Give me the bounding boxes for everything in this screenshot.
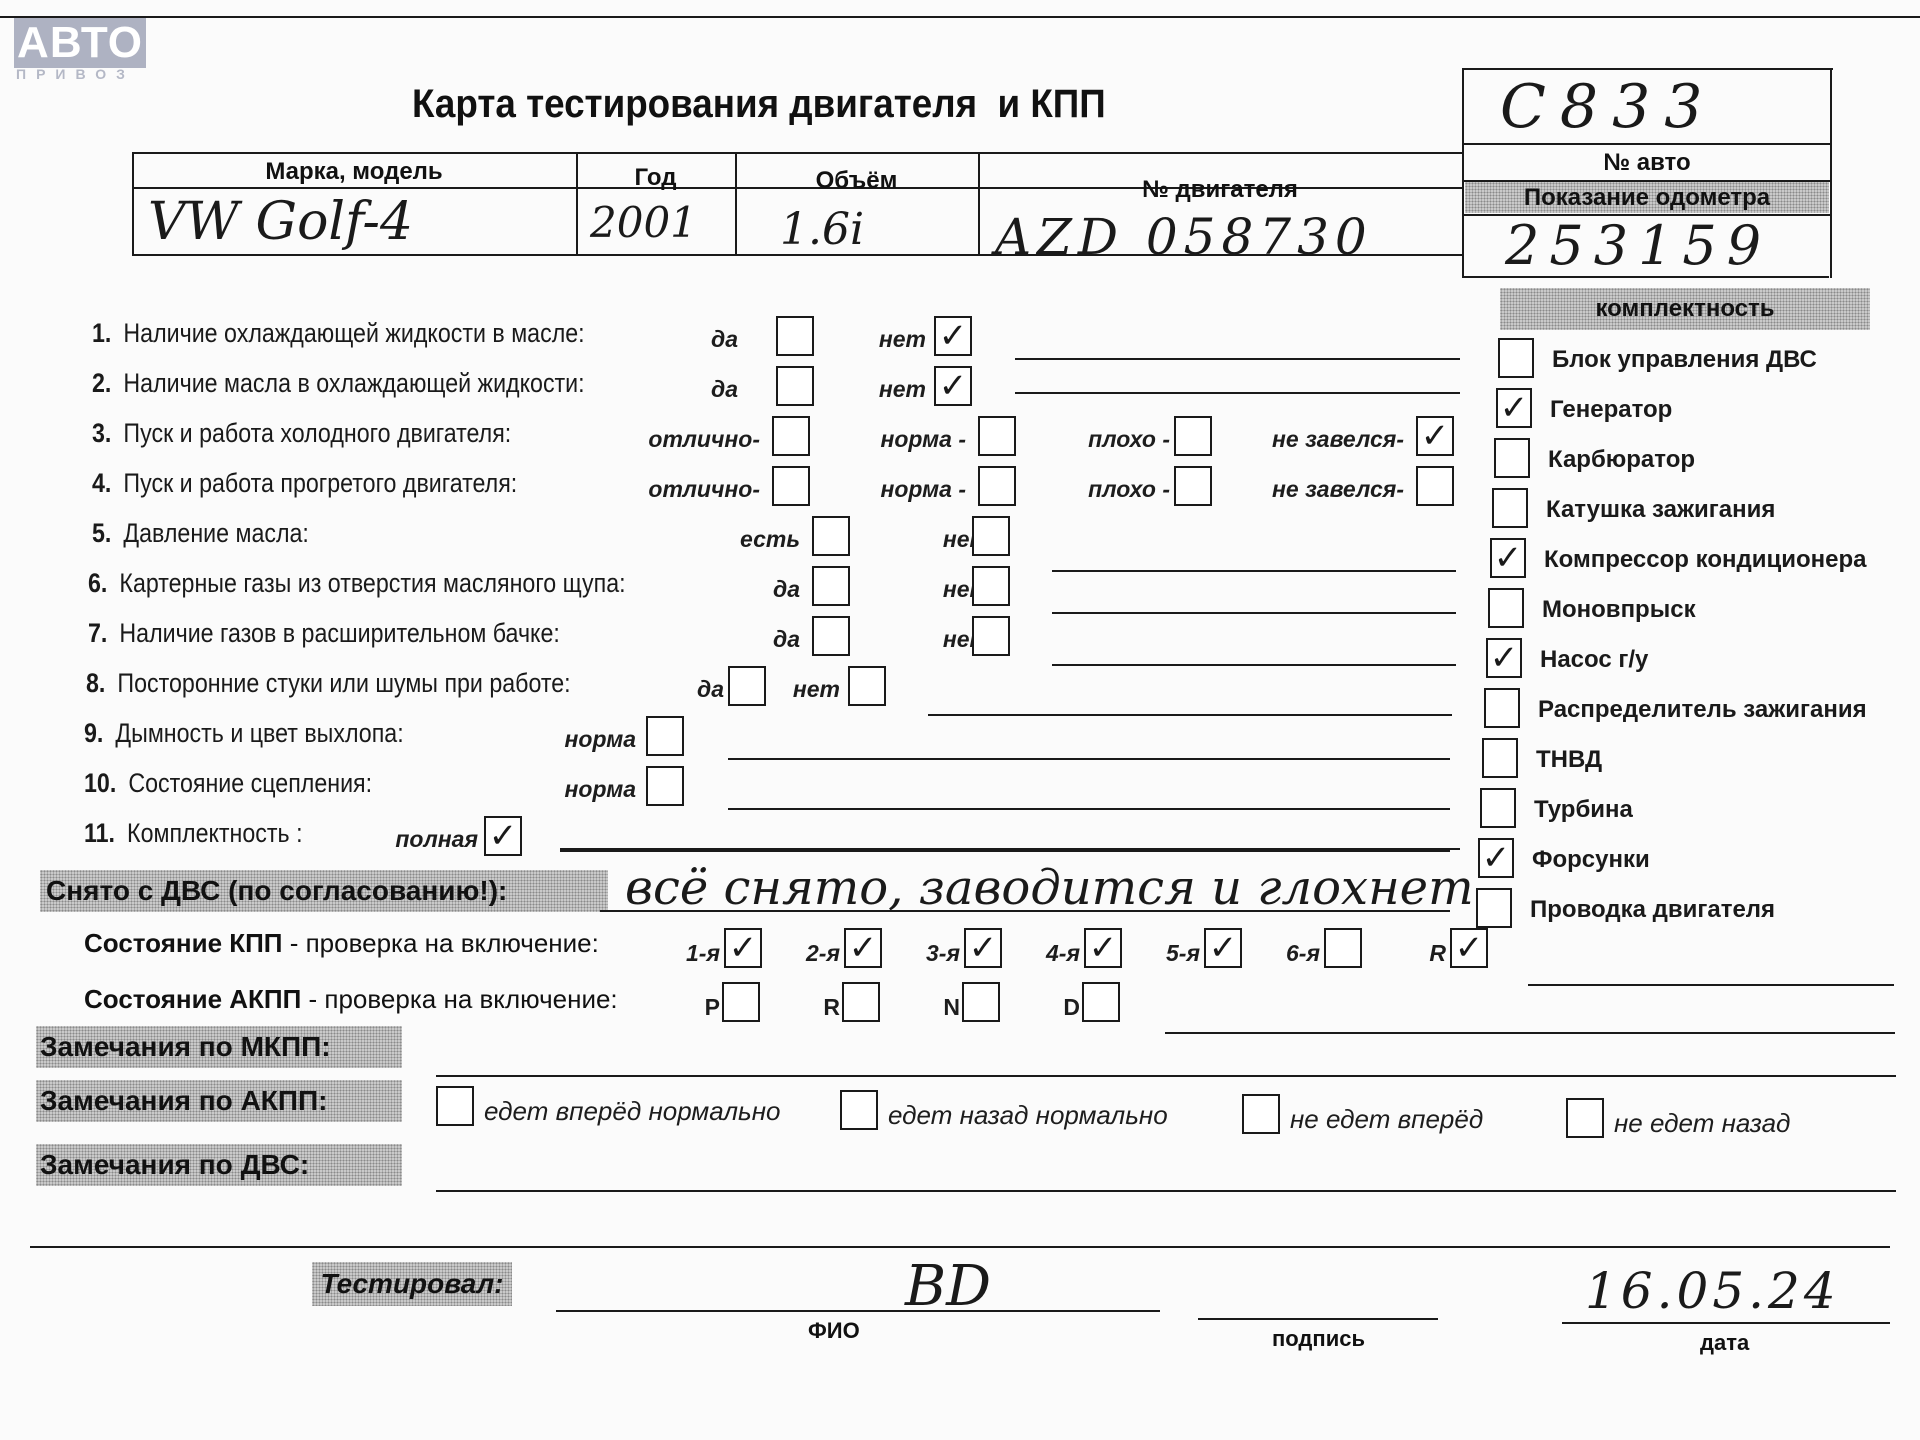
remarks-mkpp-label: Замечания по МКПП: xyxy=(36,1026,402,1068)
question-7-option-2-checkbox[interactable] xyxy=(972,616,1010,656)
akpp-label-rest: - проверка на включение: xyxy=(301,984,617,1014)
question-text: Картерные газы из отверстия масляного щу… xyxy=(119,568,625,598)
question-number: 7. xyxy=(88,618,107,648)
option-label: плохо - xyxy=(1088,426,1170,453)
gear-label: 5-я xyxy=(1166,940,1200,967)
question-number: 3. xyxy=(92,418,111,448)
kpp-label-bold: Состояние КПП xyxy=(84,928,283,958)
logo-text: АВТО xyxy=(17,18,143,68)
option-label: норма - xyxy=(880,476,966,503)
question-8-option-1-checkbox[interactable] xyxy=(728,666,766,706)
komplektnost-item-label: Турбина xyxy=(1534,796,1633,824)
akpp-remark-label: едет вперёд нормально xyxy=(484,1096,780,1127)
check-mark-icon: ✓ xyxy=(849,931,878,965)
question-1-option-1-checkbox[interactable] xyxy=(776,316,814,356)
komplektnost-item-12-checkbox[interactable] xyxy=(1476,888,1512,928)
question-text: Пуск и работа холодного двигателя: xyxy=(123,418,511,448)
check-mark-icon: ✓ xyxy=(1089,931,1118,965)
name-line xyxy=(556,1310,1160,1312)
header-volume: Объём xyxy=(735,167,978,195)
removed-label: Снято с ДВС (по согласованию!): xyxy=(40,870,608,912)
answer-line xyxy=(928,714,1452,716)
date-caption: дата xyxy=(1700,1330,1749,1356)
question-6-option-2-checkbox[interactable] xyxy=(972,566,1010,606)
akpp-label-bold: Состояние АКПП xyxy=(84,984,301,1014)
answer-line xyxy=(560,850,1450,852)
komplektnost-item-10-checkbox[interactable] xyxy=(1480,788,1516,828)
question-2-option-1-checkbox[interactable] xyxy=(776,366,814,406)
komplektnost-header: комплектность xyxy=(1500,288,1870,330)
question-text: Пуск и работа прогретого двигателя: xyxy=(123,468,517,498)
check-mark-icon: ✓ xyxy=(939,369,968,403)
name-caption: ФИО xyxy=(808,1318,860,1344)
gear-6-checkbox[interactable] xyxy=(1324,928,1362,968)
gear-label: 1-я xyxy=(686,940,720,967)
question-4-option-4-checkbox[interactable] xyxy=(1416,466,1454,506)
check-mark-icon: ✓ xyxy=(939,319,968,353)
page-title: Карта тестирования двигателя и КПП xyxy=(412,82,1106,127)
komplektnost-item-11-checkbox[interactable]: ✓ xyxy=(1478,838,1514,878)
akpp-mode-3-checkbox[interactable] xyxy=(962,982,1000,1022)
akpp-mode-label: D xyxy=(1063,994,1080,1021)
answer-line xyxy=(728,808,1450,810)
remarks-dvs-label: Замечания по ДВС: xyxy=(36,1144,402,1186)
question-1-option-2-checkbox[interactable]: ✓ xyxy=(934,316,972,356)
komplektnost-item-5-checkbox[interactable]: ✓ xyxy=(1490,538,1526,578)
gear-label: R xyxy=(1429,940,1446,967)
option-label: плохо - xyxy=(1088,476,1170,503)
question-3: 3.Пуск и работа холодного двигателя: xyxy=(92,418,511,449)
option-label: отлично- xyxy=(648,476,760,503)
header-engine-number: № двигателя xyxy=(978,176,1462,204)
remarks-dvs-line xyxy=(436,1190,1896,1192)
gear-label: 4-я xyxy=(1046,940,1080,967)
question-3-option-3-checkbox[interactable] xyxy=(1174,416,1212,456)
gear-label: 3-я xyxy=(926,940,960,967)
date-line xyxy=(1562,1322,1890,1324)
option-label: да xyxy=(773,576,800,603)
akpp-remark-label: едет назад нормально xyxy=(888,1100,1168,1131)
option-label: нет xyxy=(793,676,840,703)
akpp-mode-label: N xyxy=(943,994,960,1021)
question-10-option-1-checkbox[interactable] xyxy=(646,766,684,806)
brand-model-value[interactable]: VW Golf-4 xyxy=(148,192,413,252)
akpp-label: Состояние АКПП - проверка на включение: xyxy=(84,984,618,1015)
question-text: Состояние сцепления: xyxy=(128,768,372,798)
question-4-option-2-checkbox[interactable] xyxy=(978,466,1016,506)
answer-line xyxy=(1052,664,1456,666)
question-text: Дымность и цвет выхлопа: xyxy=(115,718,403,748)
gear-7-checkbox[interactable]: ✓ xyxy=(1450,928,1488,968)
komplektnost-item-8-checkbox[interactable] xyxy=(1484,688,1520,728)
gear-3-checkbox[interactable]: ✓ xyxy=(964,928,1002,968)
kpp-label: Состояние КПП - проверка на включение: xyxy=(84,928,599,959)
top-rule xyxy=(0,16,1920,18)
komplektnost-item-label: Катушка зажигания xyxy=(1546,496,1775,524)
footer-rule xyxy=(30,1246,1890,1248)
gear-label: 6-я xyxy=(1286,940,1320,967)
question-3-option-2-checkbox[interactable] xyxy=(978,416,1016,456)
option-label: нет xyxy=(879,326,926,353)
kpp-label-rest: - проверка на включение: xyxy=(283,928,599,958)
check-mark-icon: ✓ xyxy=(489,819,518,853)
komplektnost-item-2-checkbox[interactable]: ✓ xyxy=(1496,388,1532,428)
kpp-line xyxy=(1528,984,1894,986)
odometer-label: Показание одометра xyxy=(1465,182,1829,213)
akpp-mode-4-checkbox[interactable] xyxy=(1082,982,1120,1022)
check-mark-icon: ✓ xyxy=(1421,419,1450,453)
question-2: 2.Наличие масла в охлаждающей жидкости: xyxy=(92,368,585,399)
question-number: 9. xyxy=(84,718,103,748)
car-number-label: № авто xyxy=(1463,149,1831,177)
option-label: норма xyxy=(565,776,637,803)
car-number-value[interactable]: C833 xyxy=(1500,72,1716,142)
date-value[interactable]: 16.05.24 xyxy=(1585,1262,1840,1320)
komplektnost-item-label: Блок управления ДВС xyxy=(1552,346,1817,374)
question-11-option-1-checkbox[interactable]: ✓ xyxy=(484,816,522,856)
komplektnost-item-6-checkbox[interactable] xyxy=(1488,588,1524,628)
question-5-option-2-checkbox[interactable] xyxy=(972,516,1010,556)
question-9: 9.Дымность и цвет выхлопа: xyxy=(84,718,404,749)
question-number: 10. xyxy=(84,768,116,798)
answer-line xyxy=(1052,612,1456,614)
question-text: Посторонние стуки или шумы при работе: xyxy=(117,668,570,698)
question-4-option-1-checkbox[interactable] xyxy=(772,466,810,506)
question-number: 2. xyxy=(92,368,111,398)
check-mark-icon: ✓ xyxy=(1494,541,1523,575)
answer-line xyxy=(1015,392,1460,394)
question-number: 6. xyxy=(88,568,107,598)
komplektnost-item-label: Форсунки xyxy=(1532,846,1650,874)
option-label: да xyxy=(711,376,738,403)
akpp-mode-label: R xyxy=(823,994,840,1021)
question-number: 4. xyxy=(92,468,111,498)
akpp-mode-label: P xyxy=(705,994,720,1021)
check-mark-icon: ✓ xyxy=(1500,391,1529,425)
question-3-option-1-checkbox[interactable] xyxy=(772,416,810,456)
removed-line-top xyxy=(560,848,1460,850)
tested-label: Тестировал: xyxy=(312,1262,512,1306)
question-number: 8. xyxy=(86,668,105,698)
komplektnost-item-9-checkbox[interactable] xyxy=(1482,738,1518,778)
logo-subtext: ПРИВОЗ xyxy=(16,66,135,82)
question-4: 4.Пуск и работа прогретого двигателя: xyxy=(92,468,517,499)
akpp-line xyxy=(1165,1032,1895,1034)
signature-caption: подпись xyxy=(1272,1326,1365,1352)
akpp-remark-4-checkbox[interactable] xyxy=(1566,1098,1604,1138)
question-number: 5. xyxy=(92,518,111,548)
check-mark-icon: ✓ xyxy=(1209,931,1238,965)
year-value[interactable]: 2001 xyxy=(590,198,697,247)
check-mark-icon: ✓ xyxy=(729,931,758,965)
question-11: 11.Комплектность : xyxy=(84,818,303,849)
header-year: Год xyxy=(576,164,735,192)
question-text: Наличие масла в охлаждающей жидкости: xyxy=(123,368,584,398)
komplektnost-item-4-checkbox[interactable] xyxy=(1492,488,1528,528)
question-6-option-1-checkbox[interactable] xyxy=(812,566,850,606)
akpp-mode-1-checkbox[interactable] xyxy=(722,982,760,1022)
gear-1-checkbox[interactable]: ✓ xyxy=(724,928,762,968)
komplektnost-item-label: Генератор xyxy=(1550,396,1672,424)
question-number: 11. xyxy=(84,818,115,848)
question-7: 7.Наличие газов в расширительном бачке: xyxy=(88,618,560,649)
removed-value[interactable]: всё снято, заводится и глохнет xyxy=(625,860,1474,916)
gear-4-checkbox[interactable]: ✓ xyxy=(1084,928,1122,968)
komplektnost-item-label: Проводка двигателя xyxy=(1530,896,1775,924)
signature-line xyxy=(1198,1318,1438,1320)
question-8: 8.Посторонние стуки или шумы при работе: xyxy=(86,668,571,699)
akpp-mode-2-checkbox[interactable] xyxy=(842,982,880,1022)
option-label: да xyxy=(697,676,724,703)
question-number: 1. xyxy=(92,318,111,348)
answer-line xyxy=(728,758,1450,760)
komplektnost-item-7-checkbox[interactable]: ✓ xyxy=(1486,638,1522,678)
question-text: Наличие газов в расширительном бачке: xyxy=(119,618,559,648)
header-brand-model: Марка, модель xyxy=(132,158,576,186)
check-mark-icon: ✓ xyxy=(969,931,998,965)
check-mark-icon: ✓ xyxy=(1455,931,1484,965)
engine-number-value[interactable]: AZD 058730 xyxy=(995,208,1373,266)
komplektnost-item-label: Насос г/у xyxy=(1540,646,1648,674)
answer-line xyxy=(1015,358,1460,360)
odometer-value[interactable]: 253159 xyxy=(1505,214,1771,277)
question-text: Комплектность : xyxy=(127,818,302,848)
komplektnost-item-label: ТНВД xyxy=(1536,746,1602,774)
option-label: не завелся- xyxy=(1272,426,1404,453)
akpp-remark-1-checkbox[interactable] xyxy=(436,1086,474,1126)
akpp-remark-3-checkbox[interactable] xyxy=(1242,1094,1280,1134)
akpp-remark-label: не едет назад xyxy=(1614,1108,1790,1139)
question-8-option-2-checkbox[interactable] xyxy=(848,666,886,706)
komplektnost-item-3-checkbox[interactable] xyxy=(1494,438,1530,478)
komplektnost-item-1-checkbox[interactable] xyxy=(1498,338,1534,378)
option-label: да xyxy=(773,626,800,653)
akpp-remark-label: не едет вперёд xyxy=(1290,1104,1483,1135)
check-mark-icon: ✓ xyxy=(1490,641,1519,675)
option-label: не завелся- xyxy=(1272,476,1404,503)
komplektnost-item-label: Компрессор кондиционера xyxy=(1544,546,1866,574)
question-text: Наличие охлаждающей жидкости в масле: xyxy=(123,318,584,348)
akpp-remark-2-checkbox[interactable] xyxy=(840,1090,878,1130)
remarks-mkpp-line xyxy=(436,1075,1896,1077)
question-text: Давление масла: xyxy=(123,518,308,548)
question-5-option-1-checkbox[interactable] xyxy=(812,516,850,556)
question-1: 1.Наличие охлаждающей жидкости в масле: xyxy=(92,318,585,349)
answer-line xyxy=(1052,570,1456,572)
option-label: норма xyxy=(565,726,637,753)
komplektnost-item-label: Распределитель зажигания xyxy=(1538,696,1867,724)
remarks-akpp-label: Замечания по АКПП: xyxy=(36,1080,402,1122)
option-label: норма - xyxy=(880,426,966,453)
question-9-option-1-checkbox[interactable] xyxy=(646,716,684,756)
gear-5-checkbox[interactable]: ✓ xyxy=(1204,928,1242,968)
gear-label: 2-я xyxy=(806,940,840,967)
option-label: полная xyxy=(395,826,478,853)
question-3-option-4-checkbox[interactable]: ✓ xyxy=(1416,416,1454,456)
question-7-option-1-checkbox[interactable] xyxy=(812,616,850,656)
gear-2-checkbox[interactable]: ✓ xyxy=(844,928,882,968)
komplektnost-item-label: Карбюратор xyxy=(1548,446,1695,474)
check-mark-icon: ✓ xyxy=(1482,841,1511,875)
option-label: да xyxy=(711,326,738,353)
logo: АВТО xyxy=(14,18,146,68)
volume-value[interactable]: 1.6i xyxy=(780,204,864,255)
komplektnost-item-label: Моновпрыск xyxy=(1542,596,1696,624)
option-label: есть xyxy=(740,526,800,553)
question-4-option-3-checkbox[interactable] xyxy=(1174,466,1212,506)
question-2-option-2-checkbox[interactable]: ✓ xyxy=(934,366,972,406)
option-label: отлично- xyxy=(648,426,760,453)
question-10: 10.Состояние сцепления: xyxy=(84,768,372,799)
question-5: 5.Давление масла: xyxy=(92,518,309,549)
question-6: 6.Картерные газы из отверстия масляного … xyxy=(88,568,626,599)
option-label: нет xyxy=(879,376,926,403)
